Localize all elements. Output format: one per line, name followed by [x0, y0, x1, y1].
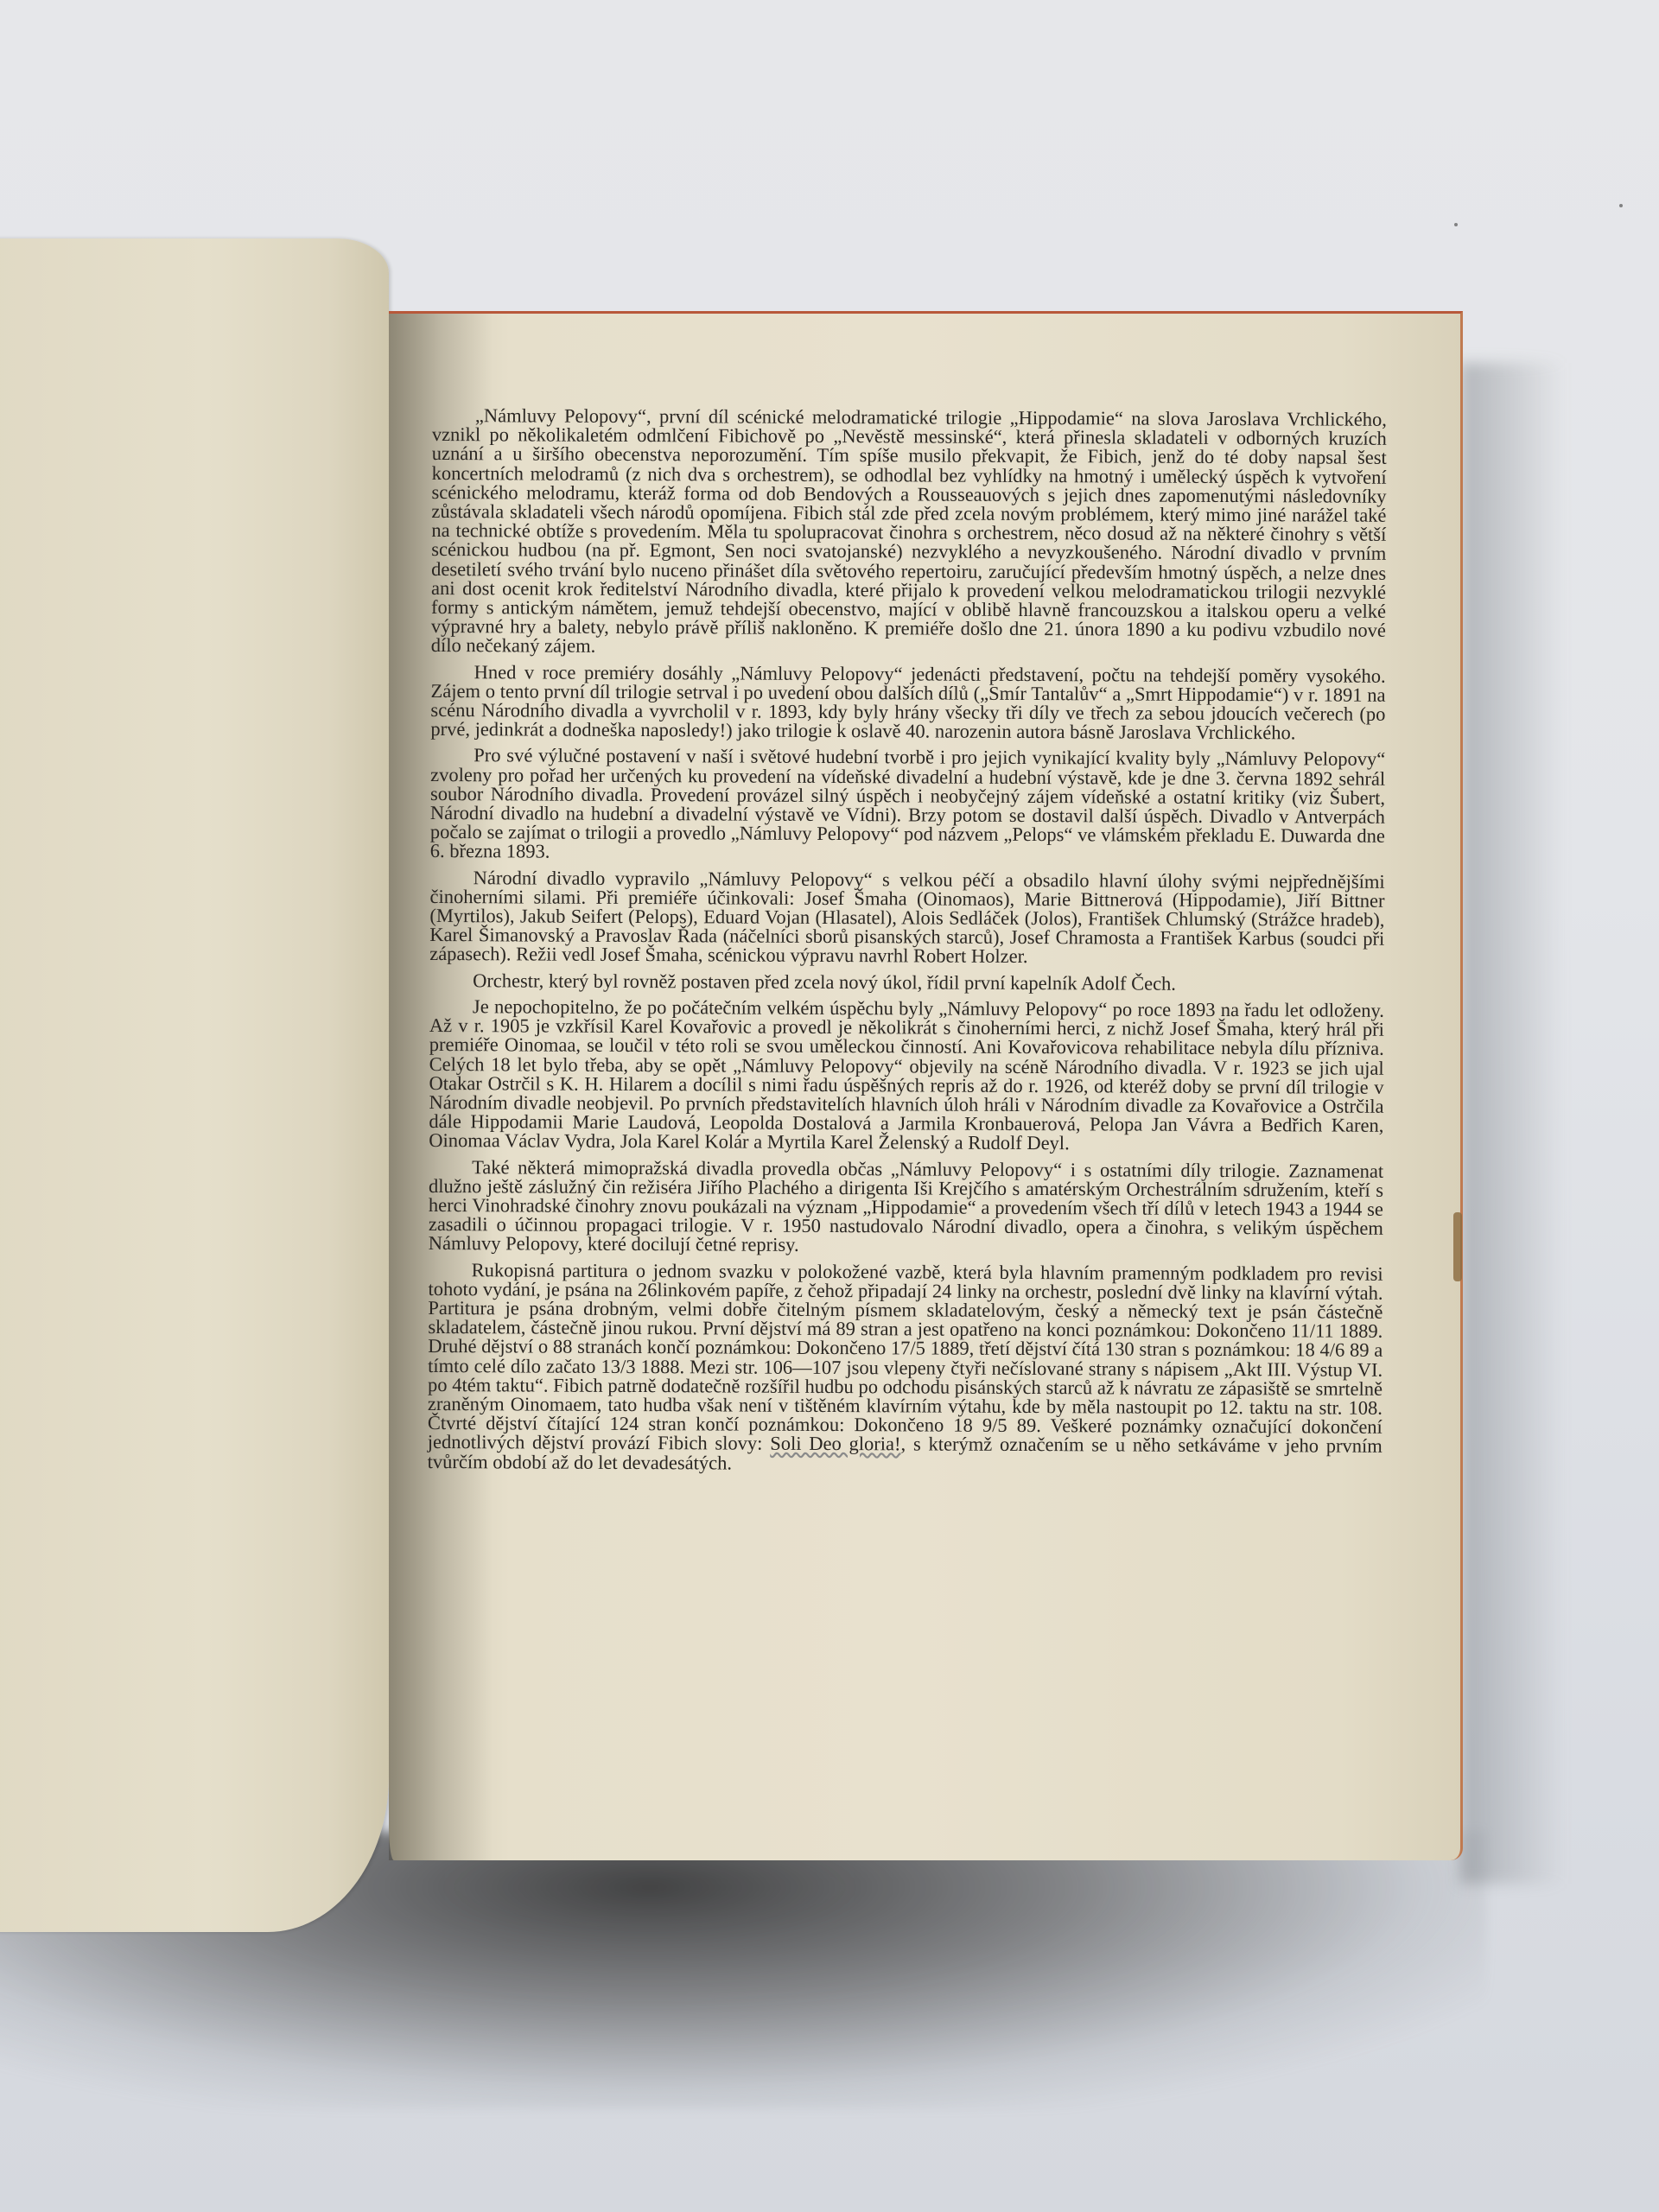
- paragraph-cast: Národní divadlo vypravilo „Námluvy Pelop…: [429, 868, 1384, 969]
- paragraph-vienna-antwerp: Pro své výlučné postavení v naší i světo…: [430, 746, 1386, 865]
- paragraph-orchestra: Orchestr, který byl rovněž postaven před…: [429, 971, 1384, 995]
- right-page: „Námluvy Pelopovy“, první díl scénické m…: [389, 311, 1463, 1860]
- paragraph-other-theatres: Také některá mimopražská divadla provedl…: [429, 1158, 1383, 1258]
- page-edge-stain: [1453, 1212, 1462, 1281]
- dust-speck: [1454, 223, 1458, 226]
- manuscript-text: Rukopisná partitura o jednom svazku v po…: [428, 1259, 1383, 1454]
- dust-speck: [1619, 204, 1623, 207]
- left-page-blank: [0, 238, 389, 1932]
- paragraph-revivals: Je nepochopitelno, že po počátečním velk…: [429, 997, 1384, 1154]
- paragraph-manuscript: Rukopisná partitura o jednom svazku v po…: [428, 1261, 1383, 1476]
- underlined-motto: Soli Deo gloria!: [770, 1433, 900, 1455]
- page-text-block: „Námluvy Pelopovy“, první díl scénické m…: [428, 406, 1387, 1483]
- paragraph-premiere-reception: Hned v roce premiéry dosáhly „Námluvy Pe…: [430, 663, 1385, 744]
- paragraph-intro: „Námluvy Pelopovy“, první díl scénické m…: [431, 406, 1387, 659]
- photo-scene: „Námluvy Pelopovy“, první díl scénické m…: [0, 0, 1659, 2212]
- page-edge-shadow: [1460, 363, 1564, 1884]
